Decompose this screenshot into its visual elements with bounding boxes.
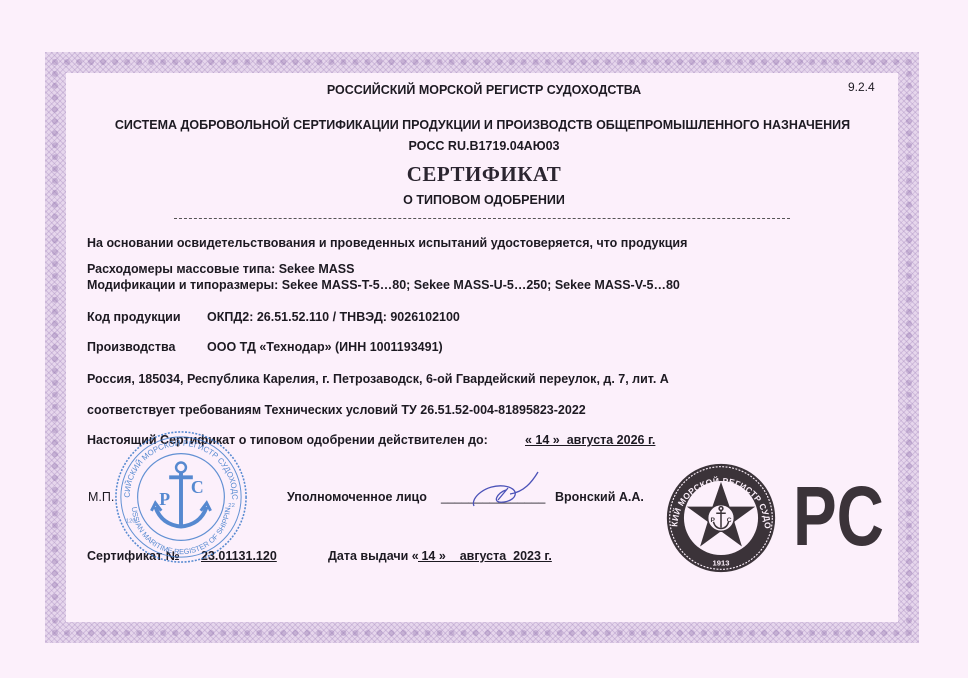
system-code: РОСС RU.B1719.04АЮ03 [0,139,968,153]
manufacturer-label: Производства [87,340,175,354]
validity-date: « 14 »_августа 2026 г. [525,433,655,447]
manufacturer-address: Россия, 185034, Республика Карелия, г. П… [87,372,669,386]
compliance-statement: соответствует требованиям Технических ус… [87,403,586,417]
issue-date-label: Дата выдачи « [328,549,419,563]
seal-year: 1913 [713,559,730,568]
intro-text: На основании освидетельствования и прове… [87,236,687,250]
authorized-person-label: Уполномоченное лицо [287,490,427,504]
signer-name: Вронский А.А. [555,490,644,504]
stamp-place-label: М.П. [88,490,114,504]
stamp-letter-p: Р [159,489,170,509]
document-subtitle: О ТИПОВОМ ОДОБРЕНИИ [0,193,968,207]
document-title: СЕРТИФИКАТ [0,162,968,187]
product-modifications: Модификации и типоразмеры: Sekee MASS-T-… [87,278,680,292]
registry-name: РОССИЙСКИЙ МОРСКОЙ РЕГИСТР СУДОХОДСТВА [0,83,968,97]
form-number: 9.2.4 [848,80,875,94]
seal-letter-p: Р [711,517,716,524]
rs-logo-text: РС [793,474,886,558]
stamp-number-right: 22 [228,503,235,509]
product-name: Расходомеры массовые типа: Sekee MASS [87,262,354,276]
manufacturer-value: ООО ТД «Технодар» (ИНН 1001193491) [207,340,443,354]
official-stamp: РОССИЙСКИЙ МОРСКОЙ РЕГИСТР СУДОХОДСТВА R… [112,428,250,566]
title-divider [174,218,790,219]
certification-system: СИСТЕМА ДОБРОВОЛЬНОЙ СЕРТИФИКАЦИИ ПРОДУК… [0,118,968,132]
stamp-number-left: 120 [126,519,137,525]
stamp-letter-c: С [191,477,204,497]
signature-scribble [468,470,548,510]
seal-letter-c: С [727,517,732,524]
product-code-label: Код продукции [87,310,181,324]
issue-date: 14 » августа 2023 г. [418,549,552,563]
product-code-value: ОКПД2: 26.51.52.110 / ТНВЭД: 9026102100 [207,310,460,324]
registry-seal-logo: РОССИЙСКИЙ МОРСКОЙ РЕГИСТР СУДОХОДСТВА Р… [664,461,778,575]
